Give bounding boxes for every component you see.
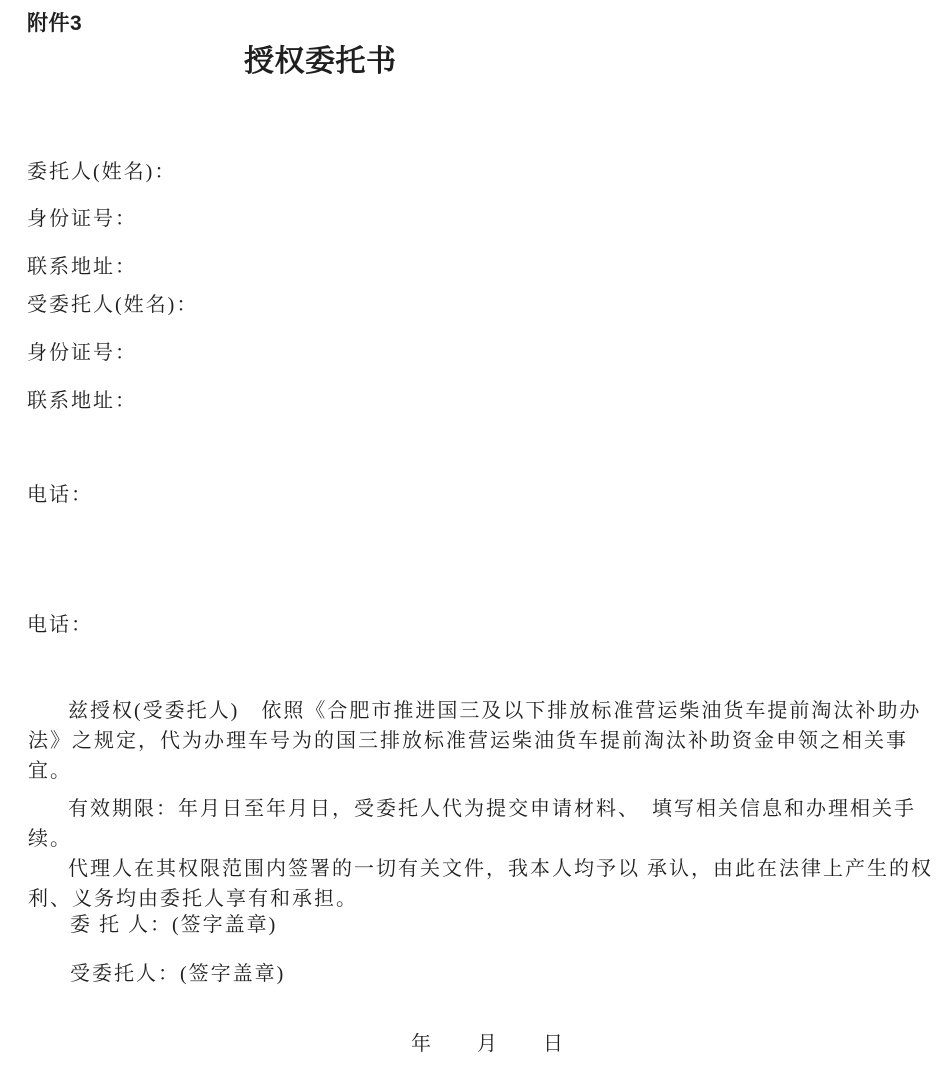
field-label-phone-2: 电话： <box>27 613 93 637</box>
liability-paragraph: 代理人在其权限范围内签署的一切有关文件，我本人均予以 承认，由此在法律上产生的权… <box>28 854 922 914</box>
paragraph-line: 有效期限：年月日至年月日，受委托人代为提交申请材料、 填写相关信息和办理相关手 <box>28 794 922 824</box>
paragraph-line: 宜。 <box>28 756 922 786</box>
document-page: 附件3 授权委托书 委托人(姓名)： 身份证号： 联系地址： 受委托人(姓名)：… <box>0 0 944 1077</box>
paragraph-line: 代理人在其权限范围内签署的一切有关文件，我本人均予以 承认，由此在法律上产生的权 <box>28 854 922 884</box>
field-label-principal-address: 联系地址： <box>27 255 137 279</box>
authorization-paragraph: 兹授权(受委托人) 依照《合肥市推进国三及以下排放标准营运柴油货车提前淘汰补助办… <box>28 696 922 786</box>
field-label-agent-id: 身份证号： <box>27 341 137 365</box>
paragraph-line: 续。 <box>28 824 922 854</box>
validity-period-paragraph: 有效期限：年月日至年月日，受委托人代为提交申请材料、 填写相关信息和办理相关手 … <box>28 794 922 854</box>
field-label-agent-address: 联系地址： <box>27 389 137 413</box>
date-line: 年 月 日 <box>411 1032 565 1056</box>
signature-line-agent: 受委托人：(签字盖章) <box>70 962 285 986</box>
attachment-label: 附件3 <box>27 12 82 36</box>
document-title: 授权委托书 <box>244 44 397 80</box>
paragraph-line: 利、义务均由委托人享有和承担。 <box>28 884 922 914</box>
paragraph-line: 法》之规定，代为办理车号为的国三排放标准营运柴油货车提前淘汰补助资金申领之相关事 <box>28 726 922 756</box>
signature-line-principal: 委 托 人：(签字盖章) <box>70 913 277 937</box>
field-label-principal-id: 身份证号： <box>27 207 137 231</box>
document-body: 兹授权(受委托人) 依照《合肥市推进国三及以下排放标准营运柴油货车提前淘汰补助办… <box>28 696 922 914</box>
field-label-principal-name: 委托人(姓名)： <box>27 160 176 184</box>
field-label-phone-1: 电话： <box>27 483 93 507</box>
field-label-agent-name: 受委托人(姓名)： <box>27 293 198 317</box>
paragraph-line: 兹授权(受委托人) 依照《合肥市推进国三及以下排放标准营运柴油货车提前淘汰补助办 <box>28 696 922 726</box>
